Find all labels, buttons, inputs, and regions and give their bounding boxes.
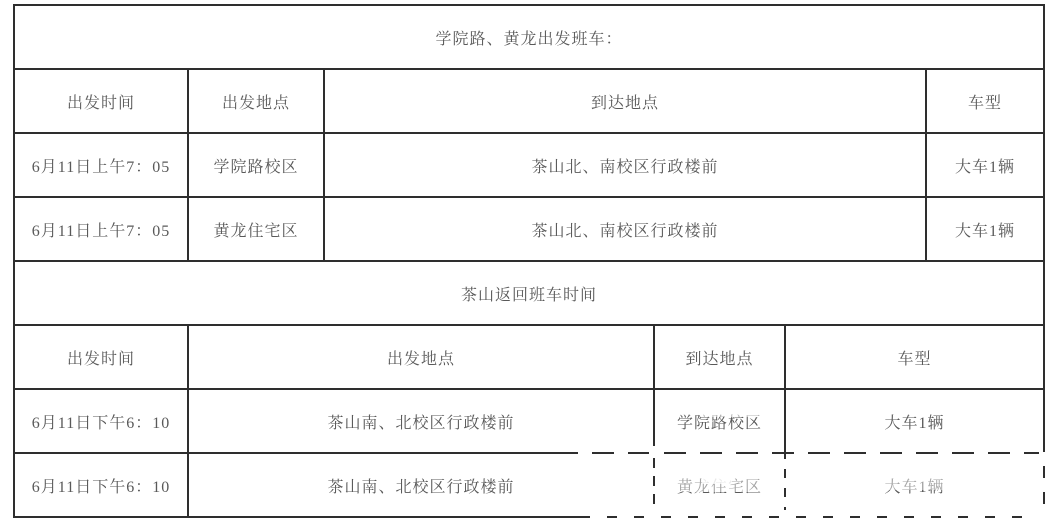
table-row: 6月11日上午7：05 黄龙住宅区 茶山北、南校区行政楼前 大车1辆	[14, 197, 1044, 261]
header-arrival-place: 到达地点	[654, 325, 785, 389]
cell-arrival-place: 学院路校区	[654, 389, 785, 453]
cell-vehicle-type: 大车1辆	[785, 389, 1044, 453]
cell-arrival-place: 茶山北、南校区行政楼前	[324, 197, 926, 261]
cell-departure-time: 6月11日上午7：05	[14, 197, 188, 261]
cell-arrival-place: 茶山北、南校区行政楼前	[324, 133, 926, 197]
header-departure-place: 出发地点	[188, 69, 324, 133]
header-vehicle-type: 车型	[926, 69, 1044, 133]
table-row: 6月11日下午6：10 茶山南、北校区行政楼前 黄龙住宅区 大车1辆	[14, 453, 1044, 517]
cell-departure-time: 6月11日上午7：05	[14, 133, 188, 197]
cell-vehicle-type: 大车1辆	[785, 453, 1044, 517]
header-departure-time: 出发时间	[14, 325, 188, 389]
table-row-headers-return: 出发时间 出发地点 到达地点 车型	[14, 325, 1044, 389]
header-arrival-place: 到达地点	[324, 69, 926, 133]
cell-departure-place: 茶山南、北校区行政楼前	[188, 389, 654, 453]
departure-section-title: 学院路、黄龙出发班车：	[14, 5, 1044, 69]
cell-departure-time: 6月11日下午6：10	[14, 389, 188, 453]
cell-departure-place: 学院路校区	[188, 133, 324, 197]
cell-vehicle-type: 大车1辆	[926, 133, 1044, 197]
cell-vehicle-type: 大车1辆	[926, 197, 1044, 261]
cell-departure-time: 6月11日下午6：10	[14, 453, 188, 517]
table-row-title-return: 茶山返回班车时间	[14, 261, 1044, 325]
bus-schedule-table: 学院路、黄龙出发班车： 出发时间 出发地点 到达地点 车型 6月11日上午7：0…	[13, 4, 1043, 518]
cell-arrival-place: 黄龙住宅区	[654, 453, 785, 517]
header-vehicle-type: 车型	[785, 325, 1044, 389]
table-row: 6月11日下午6：10 茶山南、北校区行政楼前 学院路校区 大车1辆	[14, 389, 1044, 453]
table-row: 6月11日上午7：05 学院路校区 茶山北、南校区行政楼前 大车1辆	[14, 133, 1044, 197]
cell-departure-place: 黄龙住宅区	[188, 197, 324, 261]
table-row-title-departure: 学院路、黄龙出发班车：	[14, 5, 1044, 69]
header-departure-time: 出发时间	[14, 69, 188, 133]
header-departure-place: 出发地点	[188, 325, 654, 389]
cell-departure-place: 茶山南、北校区行政楼前	[188, 453, 654, 517]
return-section-title: 茶山返回班车时间	[14, 261, 1044, 325]
table-row-headers-departure: 出发时间 出发地点 到达地点 车型	[14, 69, 1044, 133]
schedule-table: 学院路、黄龙出发班车： 出发时间 出发地点 到达地点 车型 6月11日上午7：0…	[13, 4, 1045, 518]
page: { "colors": { "background": "#ffffff", "…	[0, 0, 1057, 532]
